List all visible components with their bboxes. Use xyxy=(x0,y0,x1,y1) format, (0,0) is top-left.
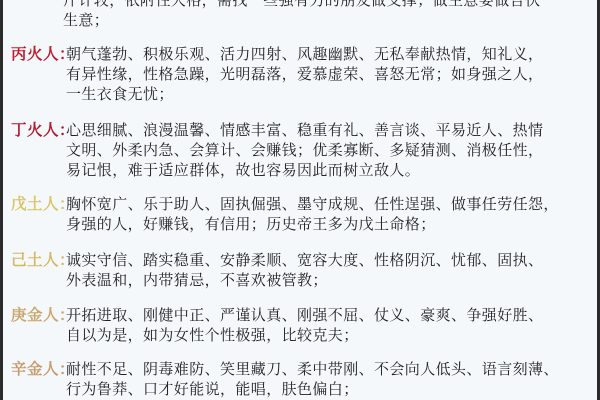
text-line: 外表温和，内带猜忌，不喜欢被管教； xyxy=(66,270,577,290)
text-line: 生意； xyxy=(63,10,540,30)
text-line: 身强的人，好赚钱，有信用；历史帝王多为戊土命格； xyxy=(66,214,577,234)
entry-text: 诚实守信、踏实稳重、安静柔顺、宽容大度、性格阴沉、忧郁、固执、 外表温和，内带猜… xyxy=(66,250,577,290)
entry-label: 己土人： xyxy=(11,250,75,270)
text-line: 胸怀宽广、乐于助人、固执倔强、墨守成规、任性逞强、做事任劳任怨， xyxy=(66,194,577,214)
text-line: 诚实守信、踏实稳重、安静柔顺、宽容大度、性格阴沉、忧郁、固执、 xyxy=(66,250,577,270)
text-line: 自以为是，如为女性个性极强，比较克夫； xyxy=(66,325,577,345)
entry-text: 耐性不足、阴毒难防、笑里藏刀、柔中带刚、不会向人低头、语言刻薄、 行为鲁莽、口才… xyxy=(66,359,577,399)
entry-label: 丙火人： xyxy=(11,44,75,64)
previous-entry-fragment: 斤计较，依附性大格，需找一些强有力的朋友做支撑；做生意要做合伙 生意； xyxy=(63,0,540,30)
entry-text: 开拓进取、刚健中正、严谨认真、刚强不屈、仗义、豪爽、争强好胜、 自以为是，如为女… xyxy=(66,305,577,345)
entry-geng-metal: 庚金人： 开拓进取、刚健中正、严谨认真、刚强不屈、仗义、豪爽、争强好胜、 自以为… xyxy=(11,305,577,345)
document-page: 斤计较，依附性大格，需找一些强有力的朋友做支撑；做生意要做合伙 生意； 丙火人：… xyxy=(3,0,597,400)
entry-wu-earth: 戊土人： 胸怀宽广、乐于助人、固执倔强、墨守成规、任性逞强、做事任劳任怨， 身强… xyxy=(11,194,577,234)
entry-ding-fire: 丁火人： 心思细腻、浪漫温馨、情感丰富、稳重有礼、善言谈、平易近人、热情 文明、… xyxy=(11,120,577,180)
entry-xin-metal: 辛金人： 耐性不足、阴毒难防、笑里藏刀、柔中带刚、不会向人低头、语言刻薄、 行为… xyxy=(11,359,577,399)
text-line: 耐性不足、阴毒难防、笑里藏刀、柔中带刚、不会向人低头、语言刻薄、 xyxy=(66,359,577,379)
entry-text: 心思细腻、浪漫温馨、情感丰富、稳重有礼、善言谈、平易近人、热情 文明、外柔内急、… xyxy=(66,120,577,180)
text-line: 朝气蓬勃、积极乐观、活力四射、风趣幽默、无私奉献热情，知礼义， xyxy=(66,44,577,64)
text-line: 心思细腻、浪漫温馨、情感丰富、稳重有礼、善言谈、平易近人、热情 xyxy=(66,120,577,140)
text-line: 开拓进取、刚健中正、严谨认真、刚强不屈、仗义、豪爽、争强好胜、 xyxy=(66,305,577,325)
entry-bing-fire: 丙火人： 朝气蓬勃、积极乐观、活力四射、风趣幽默、无私奉献热情，知礼义， 有异性… xyxy=(11,44,577,104)
text-line: 斤计较，依附性大格，需找一些强有力的朋友做支撑；做生意要做合伙 xyxy=(63,0,540,10)
entry-label: 戊土人： xyxy=(11,194,75,214)
text-line: 有异性缘，性格急躁，光明磊落，爱慕虚荣、喜怒无常；如身强之人， xyxy=(66,64,577,84)
text-line: 行为鲁莽、口才好能说，能唱，肤色偏白； xyxy=(66,379,577,399)
text-line: 文明、外柔内急、会算计、会赚钱；优柔寡断、多疑猜测、消极任性， xyxy=(66,140,577,160)
entry-ji-earth: 己土人： 诚实守信、踏实稳重、安静柔顺、宽容大度、性格阴沉、忧郁、固执、 外表温… xyxy=(11,250,577,290)
entry-label: 庚金人： xyxy=(11,305,75,325)
entry-label: 辛金人： xyxy=(11,359,75,379)
entry-text: 朝气蓬勃、积极乐观、活力四射、风趣幽默、无私奉献热情，知礼义， 有异性缘，性格急… xyxy=(66,44,577,104)
entry-text: 胸怀宽广、乐于助人、固执倔强、墨守成规、任性逞强、做事任劳任怨， 身强的人，好赚… xyxy=(66,194,577,234)
text-line: 一生衣食无忧； xyxy=(66,84,577,104)
text-line: 易记恨，难于适应群体，故也容易因此而树立敌人。 xyxy=(66,160,577,180)
entry-label: 丁火人： xyxy=(11,120,75,140)
